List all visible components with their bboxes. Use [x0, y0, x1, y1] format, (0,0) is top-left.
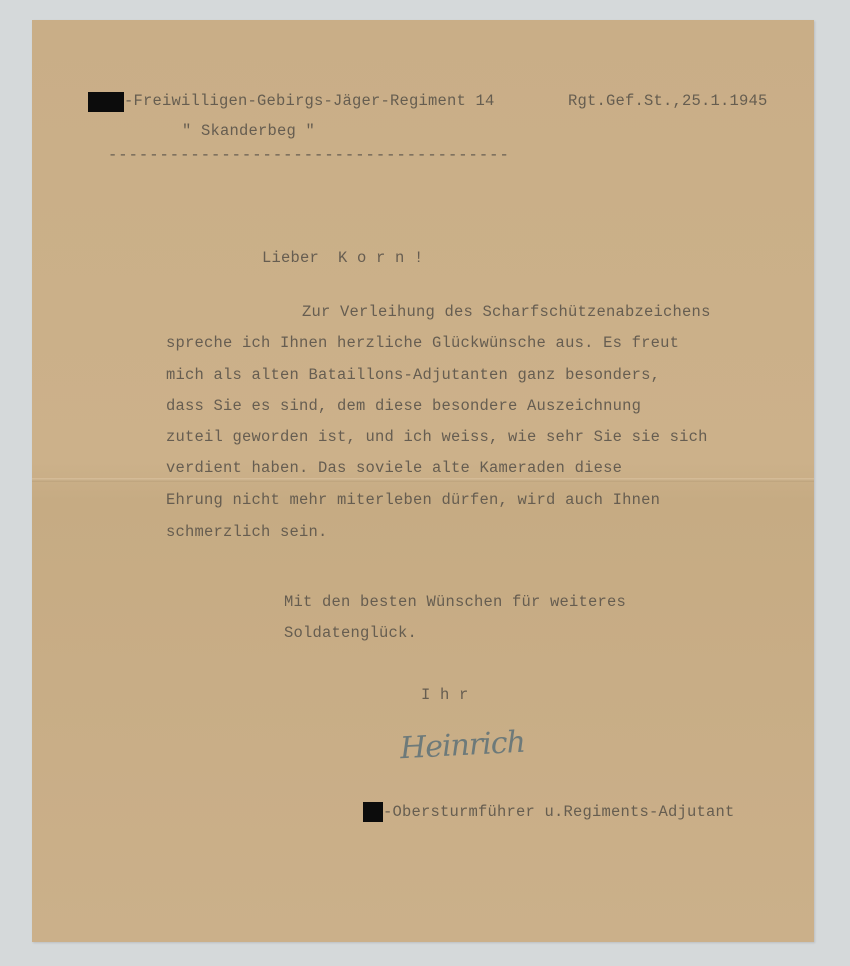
paper-fold — [32, 478, 814, 482]
body-line: Zur Verleihung des Scharfschützenabzeich… — [302, 303, 711, 321]
signer-title: -Obersturmführer u.Regiments-Adjutant — [383, 803, 735, 821]
salutation: Lieber K o r n ! — [262, 249, 424, 267]
closing-line: Mit den besten Wünschen für weiteres — [284, 593, 626, 611]
body-line: schmerzlich sein. — [166, 523, 328, 541]
body-line: mich als alten Bataillons-Adjutanten gan… — [166, 366, 660, 384]
body-line: spreche ich Ihnen herzliche Glückwünsche… — [166, 334, 679, 352]
body-line: zuteil geworden ist, und ich weiss, wie … — [166, 428, 708, 446]
redaction-block — [88, 92, 124, 112]
letterhead-name: " Skanderbeg " — [182, 122, 315, 140]
redaction-block — [363, 802, 383, 822]
letter-paper: -Freiwilligen-Gebirgs-Jäger-Regiment 14 … — [32, 20, 814, 942]
sign-off: I h r — [421, 686, 469, 704]
letterhead-place-date: Rgt.Gef.St.,25.1.1945 — [568, 92, 768, 110]
body-line: Ehrung nicht mehr miterleben dürfen, wir… — [166, 491, 660, 509]
closing-line: Soldatenglück. — [284, 624, 417, 642]
handwritten-signature: Heinrich — [399, 725, 526, 766]
body-line: verdient haben. Das soviele alte Kamerad… — [166, 459, 622, 477]
letterhead-rule: --------------------------------------- — [108, 146, 510, 164]
body-line: dass Sie es sind, dem diese besondere Au… — [166, 397, 641, 415]
letterhead-unit: -Freiwilligen-Gebirgs-Jäger-Regiment 14 — [124, 92, 495, 110]
